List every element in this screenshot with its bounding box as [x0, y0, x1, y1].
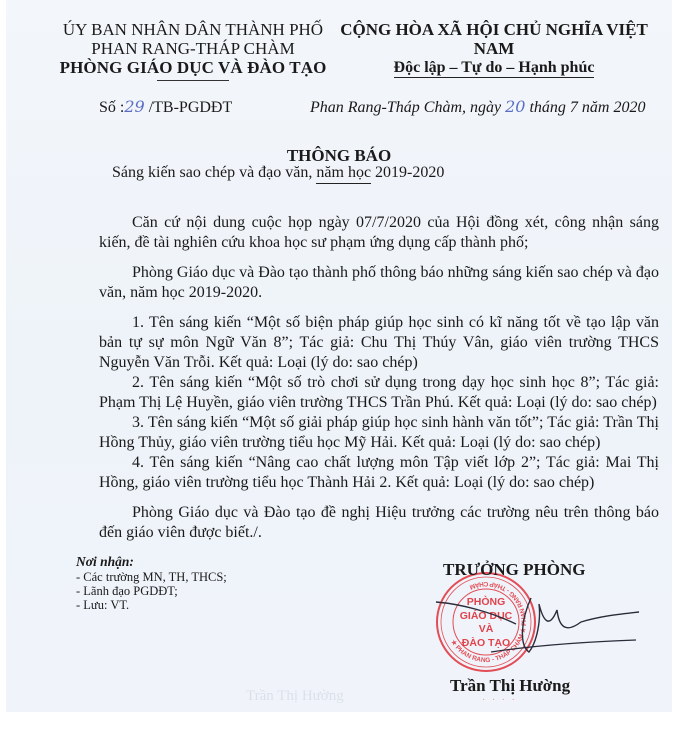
paragraph-announcement: Phòng Giáo dục và Đào tạo thành phố thôn… [99, 263, 659, 303]
list-item: 1. Tên sáng kiến “Một số biện pháp giúp … [99, 313, 659, 373]
date-day: 20 [505, 97, 525, 116]
national-motto: Độc lập – Tự do – Hạnh phúc [394, 59, 595, 78]
place-and-date: Phan Rang-Tháp Chàm, ngày 20 tháng 7 năm… [310, 97, 645, 117]
authority-line-2: PHAN RANG-THÁP CHÀM [58, 39, 328, 58]
signer-title: TRƯỞNG PHÒNG [443, 560, 585, 580]
paragraph-basis: Căn cứ nội dung cuộc họp ngày 07/7/2020 … [99, 213, 659, 253]
authority-line-3: PHÒNG GIÁO DỤC VÀ ĐÀO TẠO [58, 58, 328, 77]
document-page: Trần Thị Hường ÚY BAN NHÂN DÂN THÀNH PHỐ… [6, 0, 672, 712]
recipients-block: Nơi nhận: - Các trường MN, TH, THCS; - L… [76, 555, 227, 612]
reference-number: Số :29 /TB-PGDĐT [99, 97, 232, 117]
recipient-item: - Lưu: VT. [76, 598, 227, 612]
reference-number-value: 29 [124, 97, 144, 116]
handwritten-signature-icon [431, 590, 641, 655]
national-header: CỘNG HÒA XÃ HỘI CHỦ NGHĨA VIỆT NAM Độc l… [324, 20, 664, 77]
document-subtitle: Sáng kiến sao chép và đạo văn, năm học 2… [112, 164, 444, 182]
list-item: 2. Tên sáng kiến “Một số trò chơi sử dụn… [99, 373, 659, 413]
recipient-item: - Lãnh đạo PGDĐT; [76, 584, 227, 598]
stamp-residue: · · · · [482, 695, 517, 706]
signer-name: Trần Thị Hường [450, 676, 570, 696]
document-body: Căn cứ nội dung cuộc họp ngày 07/7/2020 … [99, 213, 659, 543]
list-item: 4. Tên sáng kiến “Nâng cao chất lượng mô… [99, 453, 659, 493]
header-divider [157, 80, 229, 81]
recipient-item: - Các trường MN, TH, THCS; [76, 570, 227, 584]
authority-line-1: ÚY BAN NHÂN DÂN THÀNH PHỐ [58, 20, 328, 39]
document-title: THÔNG BÁO [6, 146, 672, 166]
issuing-authority: ÚY BAN NHÂN DÂN THÀNH PHỐ PHAN RANG-THÁP… [58, 20, 328, 81]
list-item: 3. Tên sáng kiến “Một số giải pháp giúp … [99, 413, 659, 453]
bleed-through-text: Trần Thị Hường [246, 688, 344, 705]
national-title: CỘNG HÒA XÃ HỘI CHỦ NGHĨA VIỆT NAM [324, 20, 664, 58]
recipients-label: Nơi nhận: [76, 555, 227, 569]
paragraph-closing: Phòng Giáo dục và Đào tạo đề nghị Hiệu t… [99, 503, 659, 543]
